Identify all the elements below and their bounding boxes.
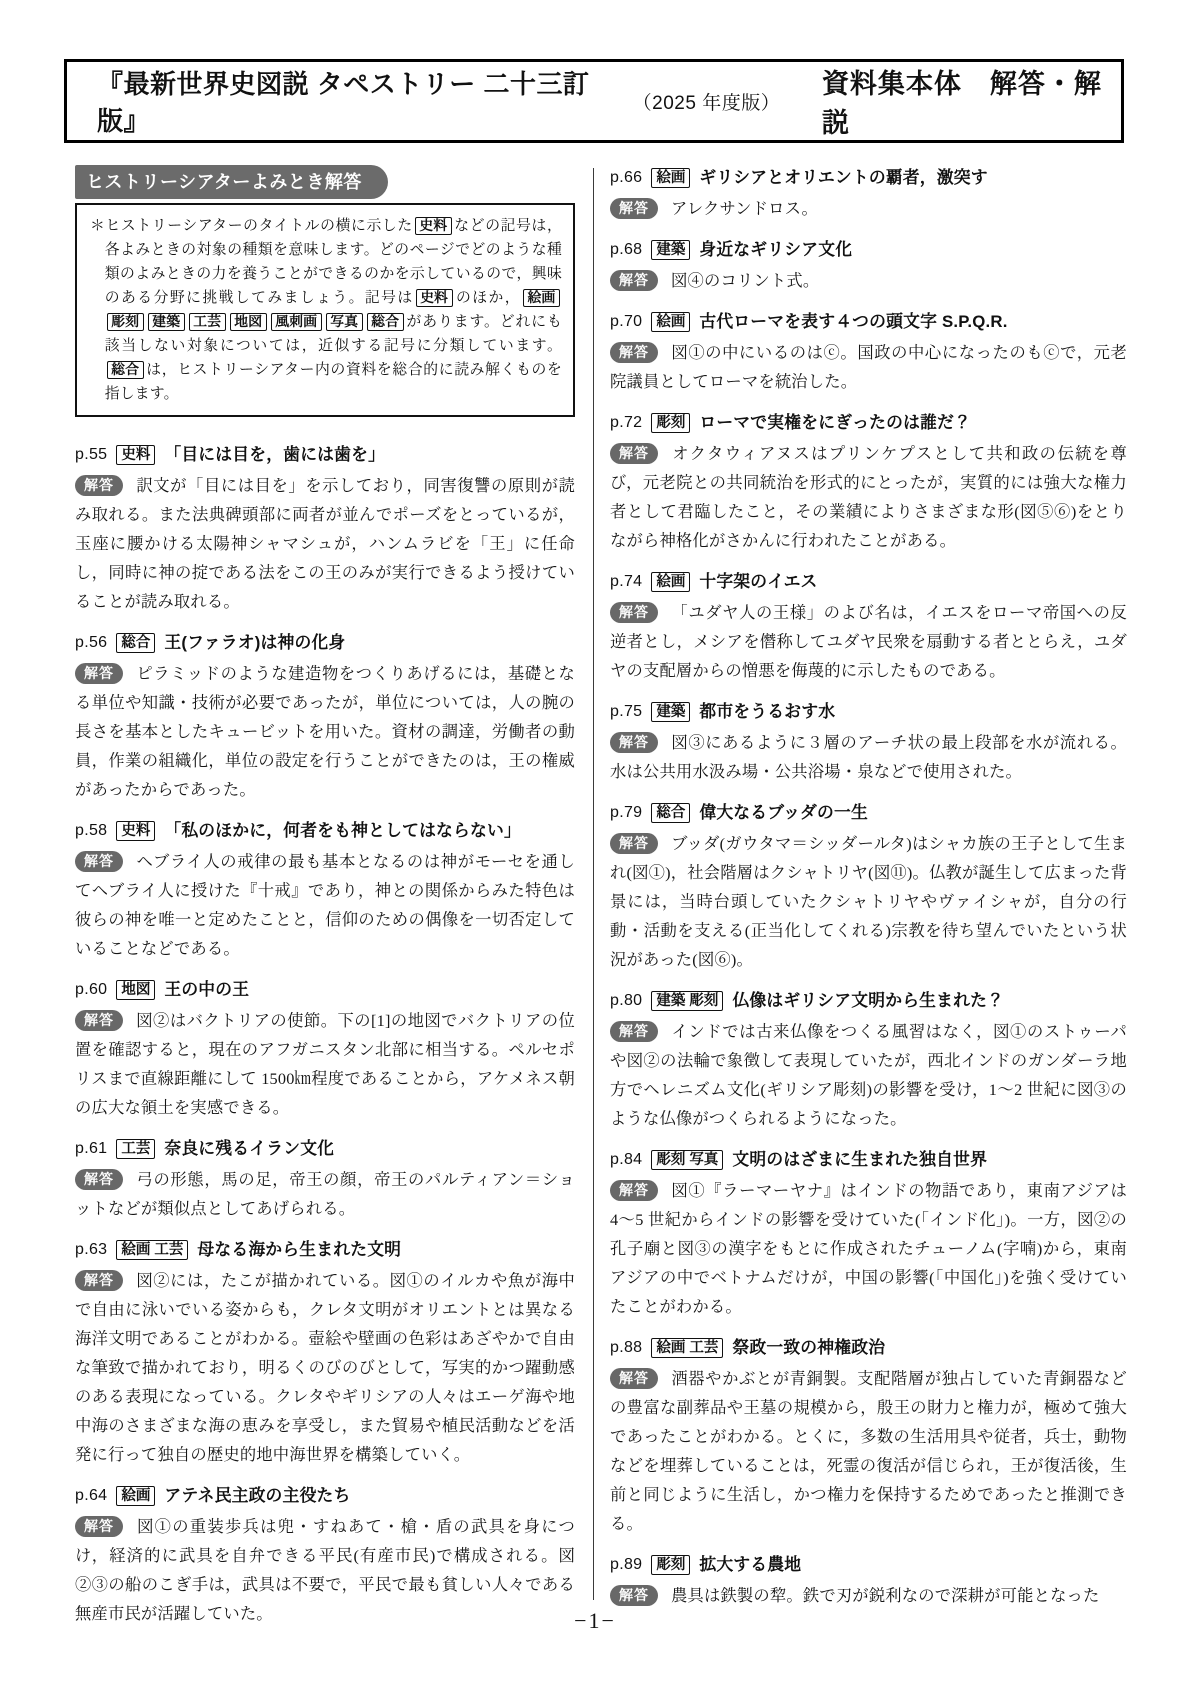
- entry-category-tag: 絵画 工芸: [651, 1338, 723, 1359]
- answer-entry: p.68建築身近なギリシア文化解答図④のコリント式。: [610, 237, 1127, 295]
- entry-answer-text: 農具は鉄製の犂。鉄で刃が鋭利なので深耕が可能となった: [671, 1586, 1100, 1605]
- entry-title: 「私のほかに，何者をも神としてはならない」: [164, 818, 521, 844]
- category-tag: 史料: [416, 289, 453, 308]
- entry-answer-text: ピラミッドのような建造物をつくりあげるには，基礎となる単位や知識・技術が必要であ…: [75, 664, 575, 799]
- entry-category-tag: 絵画: [651, 168, 690, 189]
- answer-entry: p.75建築都市をうるおす水解答図③にあるように３層のアーチ状の最上段部を水が流…: [610, 699, 1127, 786]
- entry-header: p.88絵画 工芸祭政一致の神権政治: [610, 1335, 1127, 1361]
- document-title-box: 『最新世界史図説 タペストリー 二十三訂版』 （2025 年度版） 資料集本体 …: [64, 59, 1124, 143]
- entry-header: p.79総合偉大なるブッダの一生: [610, 800, 1127, 826]
- category-tag: 写真: [326, 313, 363, 332]
- answer-label-pill: 解答: [75, 1516, 123, 1537]
- answer-label-pill: 解答: [75, 475, 123, 496]
- entry-header: p.56総合王(ファラオ)は神の化身: [75, 630, 575, 656]
- entry-category-tag: 絵画: [651, 572, 690, 593]
- answer-label-pill: 解答: [75, 1270, 123, 1291]
- answer-entry: p.79総合偉大なるブッダの一生解答ブッダ(ガウタマ＝シッダールタ)はシャカ族の…: [610, 800, 1127, 974]
- entry-category-tag: 史料: [116, 821, 155, 842]
- category-tag: 地図: [230, 313, 267, 332]
- entry-answer: 解答ピラミッドのような建造物をつくりあげるには，基礎となる単位や知識・技術が必要…: [75, 659, 575, 804]
- answer-label-pill: 解答: [75, 851, 123, 872]
- entry-category-tag: 絵画: [116, 1486, 155, 1507]
- entry-page-ref: p.56: [75, 630, 107, 656]
- entry-header: p.55史料「目には目を，歯には歯を」: [75, 442, 575, 468]
- entry-answer: 解答図③にあるように３層のアーチ状の最上段部を水が流れる。水は公共用水汲み場・公…: [610, 728, 1127, 786]
- entry-answer: 解答インドでは古来仏像をつくる風習はなく，図①のストゥーパや図②の法輪で象徴して…: [610, 1017, 1127, 1133]
- category-tag: 総合: [367, 313, 404, 332]
- entry-title: 祭政一致の神権政治: [732, 1335, 885, 1361]
- answer-entry: p.58史料「私のほかに，何者をも神としてはならない」解答ヘブライ人の戒律の最も…: [75, 818, 575, 963]
- entry-header: p.80建築 彫刻仏像はギリシア文明から生まれた？: [610, 988, 1127, 1014]
- entry-answer-text: 訳文が「目には目を」を示しており，同害復讐の原則が読み取れる。また法典碑頭部に両…: [75, 476, 575, 611]
- entry-title: 王の中の王: [164, 977, 249, 1003]
- answer-label-pill: 解答: [610, 270, 658, 291]
- entry-answer: 解答図①の中にいるのはⓒ。国政の中心になったのもⓒで，元老院議員としてローマを統…: [610, 338, 1127, 396]
- answer-label-pill: 解答: [610, 443, 658, 464]
- entry-category-tag: 建築: [651, 240, 690, 261]
- entry-category-tag: 彫刻: [651, 413, 690, 434]
- entry-title: 仏像はギリシア文明から生まれた？: [732, 988, 1004, 1014]
- scanned-answer-page: { "header": { "title_book": "『最新世界史図説 タペ…: [0, 0, 1190, 1683]
- entry-title: 拡大する農地: [699, 1552, 801, 1578]
- entry-page-ref: p.72: [610, 410, 642, 436]
- entry-header: p.84彫刻 写真文明のはざまに生まれた独自世界: [610, 1147, 1127, 1173]
- entry-header: p.68建築身近なギリシア文化: [610, 237, 1127, 263]
- page-number: −1−: [0, 1608, 1190, 1634]
- answer-label-pill: 解答: [610, 732, 658, 753]
- left-column-entries: p.55史料「目には目を，歯には歯を」解答訳文が「目には目を」を示しており，同害…: [75, 442, 575, 1628]
- answer-label-pill: 解答: [610, 198, 658, 219]
- entry-answer-text: 酒器やかぶとが青銅製。支配階層が独占していた青銅器などの豊富な副葬品や王墓の規模…: [610, 1369, 1127, 1533]
- answer-entry: p.60地図王の中の王解答図②はバクトリアの使節。下の[1]の地図でバクトリアの…: [75, 977, 575, 1122]
- category-tag: 風刺画: [271, 313, 322, 332]
- entry-answer-text: ヘブライ人の戒律の最も基本となるのは神がモーセを通してヘブライ人に授けた『十戒』…: [75, 852, 575, 958]
- entry-answer-text: 図①の中にいるのはⓒ。国政の中心になったのもⓒで，元老院議員としてローマを統治し…: [610, 343, 1127, 391]
- entry-category-tag: 建築 彫刻: [651, 991, 723, 1012]
- answer-entry: p.89彫刻拡大する農地解答農具は鉄製の犂。鉄で刃が鋭利なので深耕が可能となった: [610, 1552, 1127, 1610]
- entry-answer: 解答オクタウィアヌスはプリンケプスとして共和政の伝統を尊び，元老院との共同統治を…: [610, 439, 1127, 555]
- answer-entry: p.63絵画 工芸母なる海から生まれた文明解答図②には，たこが描かれている。図①…: [75, 1237, 575, 1469]
- entry-page-ref: p.75: [610, 699, 642, 725]
- right-column: p.66絵画ギリシアとオリエントの覇者，激突す解答アレクサンドロス。p.68建築…: [610, 165, 1127, 1624]
- entry-page-ref: p.64: [75, 1483, 107, 1509]
- right-column-entries: p.66絵画ギリシアとオリエントの覇者，激突す解答アレクサンドロス。p.68建築…: [610, 165, 1127, 1610]
- entry-answer: 解答ブッダ(ガウタマ＝シッダールタ)はシャカ族の王子として生まれ(図①)，社会階…: [610, 829, 1127, 974]
- entry-header: p.70絵画古代ローマを表す４つの頭文字 S.P.Q.R.: [610, 309, 1127, 335]
- book-title: 『最新世界史図説 タペストリー 二十三訂版』: [97, 64, 627, 138]
- entry-header: p.89彫刻拡大する農地: [610, 1552, 1127, 1578]
- left-column: ヒストリーシアターよみとき解答 ＊ヒストリーシアターのタイトルの横に示した史料な…: [75, 165, 575, 1642]
- entry-category-tag: 絵画 工芸: [116, 1240, 188, 1261]
- answer-entry: p.88絵画 工芸祭政一致の神権政治解答酒器やかぶとが青銅製。支配階層が独占して…: [610, 1335, 1127, 1538]
- entry-page-ref: p.74: [610, 569, 642, 595]
- answer-entry: p.74絵画十字架のイエス解答「ユダヤ人の王様」のよび名は，イエスをローマ帝国へ…: [610, 569, 1127, 685]
- answer-label-pill: 解答: [75, 1169, 123, 1190]
- entry-answer: 解答図①『ラーマーヤナ』はインドの物語であり，東南アジアは 4～5 世紀からイン…: [610, 1176, 1127, 1321]
- entry-answer: 解答酒器やかぶとが青銅製。支配階層が独占していた青銅器などの豊富な副葬品や王墓の…: [610, 1364, 1127, 1538]
- entry-answer-text: アレクサンドロス。: [671, 199, 818, 218]
- entry-title: 奈良に残るイラン文化: [164, 1136, 334, 1162]
- entry-answer-text: オクタウィアヌスはプリンケプスとして共和政の伝統を尊び，元老院との共同統治を形式…: [610, 444, 1127, 550]
- entry-answer-text: 図①『ラーマーヤナ』はインドの物語であり，東南アジアは 4～5 世紀からインドの…: [610, 1181, 1127, 1316]
- answer-label-pill: 解答: [610, 1585, 658, 1606]
- entry-title: ギリシアとオリエントの覇者，激突す: [699, 165, 987, 191]
- entry-answer: 解答訳文が「目には目を」を示しており，同害復讐の原則が読み取れる。また法典碑頭部…: [75, 471, 575, 616]
- entry-title: 母なる海から生まれた文明: [197, 1237, 401, 1263]
- entry-page-ref: p.55: [75, 442, 107, 468]
- answer-label-pill: 解答: [610, 833, 658, 854]
- entry-title: アテネ民主政の主役たち: [164, 1483, 350, 1509]
- entry-page-ref: p.60: [75, 977, 107, 1003]
- entry-answer-text: 弓の形態，馬の足，帝王の顔，帝王のパルティアン＝ショットなどが類似点としてあげら…: [75, 1170, 575, 1218]
- entry-answer-text: 図②はバクトリアの使節。下の[1]の地図でバクトリアの位置を確認すると，現在のア…: [75, 1011, 575, 1117]
- entry-header: p.58史料「私のほかに，何者をも神としてはならない」: [75, 818, 575, 844]
- entry-answer-text: インドでは古来仏像をつくる風習はなく，図①のストゥーパや図②の法輪で象徴して表現…: [610, 1022, 1127, 1128]
- entry-title: 文明のはざまに生まれた独自世界: [732, 1147, 987, 1173]
- entry-page-ref: p.89: [610, 1552, 642, 1578]
- entry-page-ref: p.68: [610, 237, 642, 263]
- answer-entry: p.55史料「目には目を，歯には歯を」解答訳文が「目には目を」を示しており，同害…: [75, 442, 575, 616]
- entry-category-tag: 彫刻 写真: [651, 1150, 723, 1171]
- entry-category-tag: 総合: [651, 803, 690, 824]
- answer-label-pill: 解答: [75, 1010, 123, 1031]
- entry-answer: 解答ヘブライ人の戒律の最も基本となるのは神がモーセを通してヘブライ人に授けた『十…: [75, 847, 575, 963]
- entry-answer: 解答農具は鉄製の犂。鉄で刃が鋭利なので深耕が可能となった: [610, 1581, 1127, 1610]
- entry-title: ローマで実権をにぎったのは誰だ？: [699, 410, 971, 436]
- entry-category-tag: 絵画: [651, 312, 690, 333]
- answer-entry: p.72彫刻ローマで実権をにぎったのは誰だ？解答オクタウィアヌスはプリンケプスと…: [610, 410, 1127, 555]
- entry-answer: 解答図②には，たこが描かれている。図①のイルカや魚が海中で自由に泳いでいる姿から…: [75, 1266, 575, 1469]
- entry-answer-text: 図④のコリント式。: [671, 271, 819, 290]
- edition-year: （2025 年度版）: [633, 88, 776, 115]
- answer-label-pill: 解答: [610, 1021, 658, 1042]
- entry-answer-text: 図③にあるように３層のアーチ状の最上段部を水が流れる。水は公共用水汲み場・公共浴…: [610, 733, 1127, 781]
- answer-label-pill: 解答: [610, 1368, 658, 1389]
- entry-answer: 解答弓の形態，馬の足，帝王の顔，帝王のパルティアン＝ショットなどが類似点としてあ…: [75, 1165, 575, 1223]
- entry-header: p.72彫刻ローマで実権をにぎったのは誰だ？: [610, 410, 1127, 436]
- entry-answer-text: 図②には，たこが描かれている。図①のイルカや魚が海中で自由に泳いでいる姿からも，…: [75, 1271, 575, 1464]
- entry-title: 古代ローマを表す４つの頭文字 S.P.Q.R.: [699, 309, 1007, 335]
- answer-entry: p.64絵画アテネ民主政の主役たち解答図①の重装歩兵は兜・すねあて・槍・盾の武具…: [75, 1483, 575, 1628]
- entry-title: 十字架のイエス: [699, 569, 817, 595]
- entry-page-ref: p.79: [610, 800, 642, 826]
- entry-header: p.75建築都市をうるおす水: [610, 699, 1127, 725]
- entry-title: 都市をうるおす水: [699, 699, 835, 725]
- category-tag: 建築: [148, 313, 185, 332]
- answer-label-pill: 解答: [610, 1180, 658, 1201]
- entry-page-ref: p.63: [75, 1237, 107, 1263]
- answer-entry: p.70絵画古代ローマを表す４つの頭文字 S.P.Q.R.解答図①の中にいるのは…: [610, 309, 1127, 396]
- category-tag: 総合: [107, 361, 144, 380]
- category-tag: 彫刻: [107, 313, 144, 332]
- entry-category-tag: 地図: [116, 980, 155, 1001]
- answer-label-pill: 解答: [610, 602, 658, 623]
- entry-title: 「目には目を，歯には歯を」: [164, 442, 385, 468]
- entry-title: 身近なギリシア文化: [699, 237, 852, 263]
- entry-answer: 解答「ユダヤ人の王様」のよび名は，イエスをローマ帝国への反逆者とし，メシアを僭称…: [610, 598, 1127, 685]
- entry-page-ref: p.58: [75, 818, 107, 844]
- answer-entry: p.84彫刻 写真文明のはざまに生まれた独自世界解答図①『ラーマーヤナ』はインド…: [610, 1147, 1127, 1321]
- entry-page-ref: p.61: [75, 1136, 107, 1162]
- entry-page-ref: p.70: [610, 309, 642, 335]
- category-tag: 工芸: [189, 313, 226, 332]
- answer-entry: p.66絵画ギリシアとオリエントの覇者，激突す解答アレクサンドロス。: [610, 165, 1127, 223]
- entry-header: p.66絵画ギリシアとオリエントの覇者，激突す: [610, 165, 1127, 191]
- entry-header: p.63絵画 工芸母なる海から生まれた文明: [75, 1237, 575, 1263]
- entry-header: p.74絵画十字架のイエス: [610, 569, 1127, 595]
- entry-category-tag: 建築: [651, 702, 690, 723]
- entry-header: p.61工芸奈良に残るイラン文化: [75, 1136, 575, 1162]
- entry-category-tag: 彫刻: [651, 1555, 690, 1576]
- entry-category-tag: 工芸: [116, 1139, 155, 1160]
- answer-label-pill: 解答: [610, 342, 658, 363]
- entry-page-ref: p.84: [610, 1147, 642, 1173]
- entry-page-ref: p.88: [610, 1335, 642, 1361]
- entry-title: 偉大なるブッダの一生: [699, 800, 868, 826]
- entry-answer: 解答アレクサンドロス。: [610, 194, 1127, 223]
- section-badge: ヒストリーシアターよみとき解答: [75, 165, 388, 199]
- entry-page-ref: p.66: [610, 165, 642, 191]
- column-divider-rule: [593, 168, 594, 1600]
- entry-header: p.64絵画アテネ民主政の主役たち: [75, 1483, 575, 1509]
- document-subtitle: 資料集本体 解答・解説: [822, 62, 1121, 140]
- entry-answer-text: 「ユダヤ人の王様」のよび名は，イエスをローマ帝国への反逆者とし，メシアを僭称して…: [610, 603, 1127, 680]
- entry-answer: 解答図②はバクトリアの使節。下の[1]の地図でバクトリアの位置を確認すると，現在…: [75, 1006, 575, 1122]
- entry-answer-text: ブッダ(ガウタマ＝シッダールタ)はシャカ族の王子として生まれ(図①)，社会階層は…: [610, 834, 1127, 969]
- category-tag: 史料: [415, 217, 452, 236]
- entry-answer: 解答図④のコリント式。: [610, 266, 1127, 295]
- entry-page-ref: p.80: [610, 988, 642, 1014]
- answer-entry: p.61工芸奈良に残るイラン文化解答弓の形態，馬の足，帝王の顔，帝王のパルティア…: [75, 1136, 575, 1223]
- category-tag: 絵画: [523, 289, 560, 308]
- entry-category-tag: 総合: [116, 633, 155, 654]
- entry-title: 王(ファラオ)は神の化身: [164, 630, 345, 656]
- answer-entry: p.80建築 彫刻仏像はギリシア文明から生まれた？解答インドでは古来仏像をつくる…: [610, 988, 1127, 1133]
- entry-header: p.60地図王の中の王: [75, 977, 575, 1003]
- entry-category-tag: 史料: [116, 445, 155, 466]
- intro-paragraph: ＊ヒストリーシアターのタイトルの横に示した史料などの記号は，各よみときの対象の種…: [90, 214, 562, 406]
- intro-note-box: ＊ヒストリーシアターのタイトルの横に示した史料などの記号は，各よみときの対象の種…: [75, 203, 575, 417]
- answer-label-pill: 解答: [75, 663, 123, 684]
- answer-entry: p.56総合王(ファラオ)は神の化身解答ピラミッドのような建造物をつくりあげるに…: [75, 630, 575, 804]
